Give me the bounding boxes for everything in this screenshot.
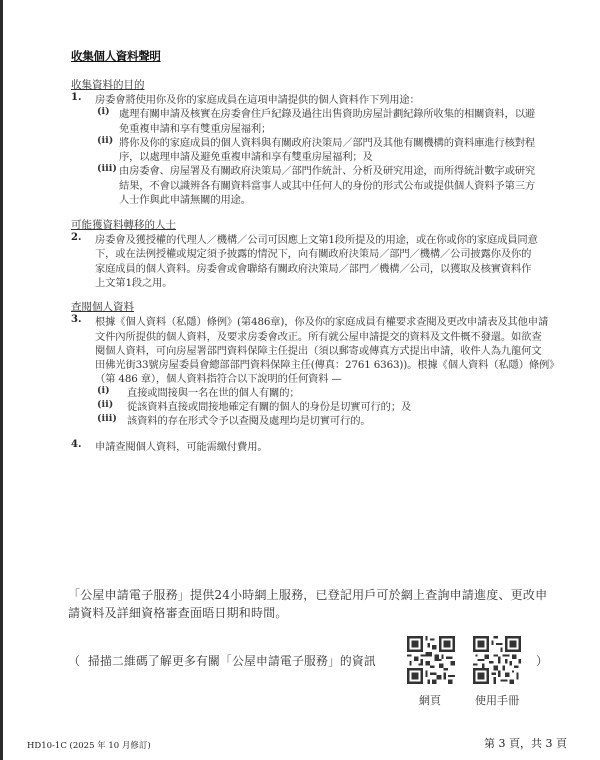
eservice-description: 「公屋申請電子服務」提供24小時網上服務，已登記用戶可於網上查詢申請進度、更改申 [68,586,547,603]
item-text: 田佛光街33號房屋委員會總部部門資料保障主任(傳真：2761 6363))。根據… [95,356,559,371]
subitem-text: 人士作與此申請無關的用途。 [119,191,251,206]
subitem-label: (i) [97,106,110,117]
subitem-text: 處理有關申請及核實在房委會住戶紀錄及過往出售資助房屋計劃紀錄所收集的相關資料，以… [119,105,535,120]
qr-code-icon[interactable] [473,636,521,684]
subitem-text: 從該資料直接或間接地確定有關的個人的身份是切實可行的；及 [127,398,411,413]
item-number: 4. [71,439,81,450]
item-text: 家庭成員的個人資料。房委會或會聯絡有關政府決策局／部門／機構／公司，以獲取及核實… [95,260,531,275]
page-title: 收集個人資料聲明 [71,48,161,64]
subitem-text: 序，以處理申請及避免重複申請和享有雙重房屋福利；及 [119,148,373,163]
item-number: 2. [71,232,81,243]
subitem-text: 免重複申請和享有雙重房屋福利； [119,120,271,135]
qr-label-webpage: 網頁 [419,692,441,708]
page-number: 第 3 頁，共 3 頁 [484,735,567,751]
subitem-label: (iii) [97,413,117,424]
subitem-text: 結果，不會以識辨各有關資料當事人或其中任何人的身份的形式公布或提供個人資料予第三… [119,177,535,192]
item-text: 下，或在法例授權或規定須予披露的情況下，向有關政府決策局／部門／機構／公司披露你… [95,245,531,260]
section-heading-access: 查閱個人資料 [71,299,134,314]
item-number: 3. [71,314,81,325]
subitem-label: (i) [97,385,110,396]
document-page: 收集個人資料聲明 收集資料的目的 1. 房委會將使用你及你的家庭成員在這項申請提… [0,0,600,760]
subitem-text: 直接或間接與一名在世的個人有關的； [127,384,300,399]
qr-label-user-manual: 使用手冊 [475,692,519,708]
item-text: 房委會將使用你及你的家庭成員在這項申請提供的個人資料作下列用途： [95,91,420,106]
item-text: 文件內所提供的個人資料，及要求房委會改正。所有就公屋申請提交的資料及文件概不發還… [95,328,541,343]
qr-prompt-close-paren: ） [536,652,548,669]
eservice-description: 請資料及詳細資格審查面晤日期和時間。 [68,604,288,621]
form-code: HD10-1C (2025 年 10 月修訂) [27,739,151,751]
qr-code-icon[interactable] [407,636,455,684]
item-text: （第 486 章），個人資料指符合以下說明的任何資料 — [95,370,342,385]
item-number: 1. [71,92,81,103]
item-text: 閱個人資料，可向房屋署部門資料保障主任提出（須以郵寄或傳真方式提出申請，收件人為… [95,342,541,357]
subitem-label: (ii) [97,135,113,146]
item-text: 房委會及獲授權的代理人／機構／公司可因應上文第1段所提及的用途，或在你或你的家庭… [95,231,538,246]
section-heading-purpose: 收集資料的目的 [71,77,145,92]
subitem-text: 由房委會、房屋署及有關政府決策局／部門作統計、分析及研究用途，而所得統計數字或研… [119,162,535,177]
item-text: 上文第1段之用。 [95,274,172,289]
section-heading-transferees: 可能獲資料轉移的人士 [71,217,176,232]
subitem-label: (ii) [97,399,113,410]
qr-prompt-open-paren: （ [68,652,80,669]
item-text: 根據《個人資料（私隱）條例》(第486章)，你及你的家庭成員有權要求查閱及更改申… [95,313,548,328]
subitem-label: (iii) [97,163,117,174]
subitem-text: 將你及你的家庭成員的個人資料與有關政府決策局／部門及其他有關機構的資料庫進行核對… [119,134,535,149]
qr-prompt: 掃描二維碼了解更多有關「公屋申請電子服務」的資訊 [88,652,376,669]
subitem-text: 該資料的存在形式令予以查閱及處理均是切實可行的。 [127,412,371,427]
item-text: 申請查閱個人資料，可能需繳付費用。 [95,438,268,453]
